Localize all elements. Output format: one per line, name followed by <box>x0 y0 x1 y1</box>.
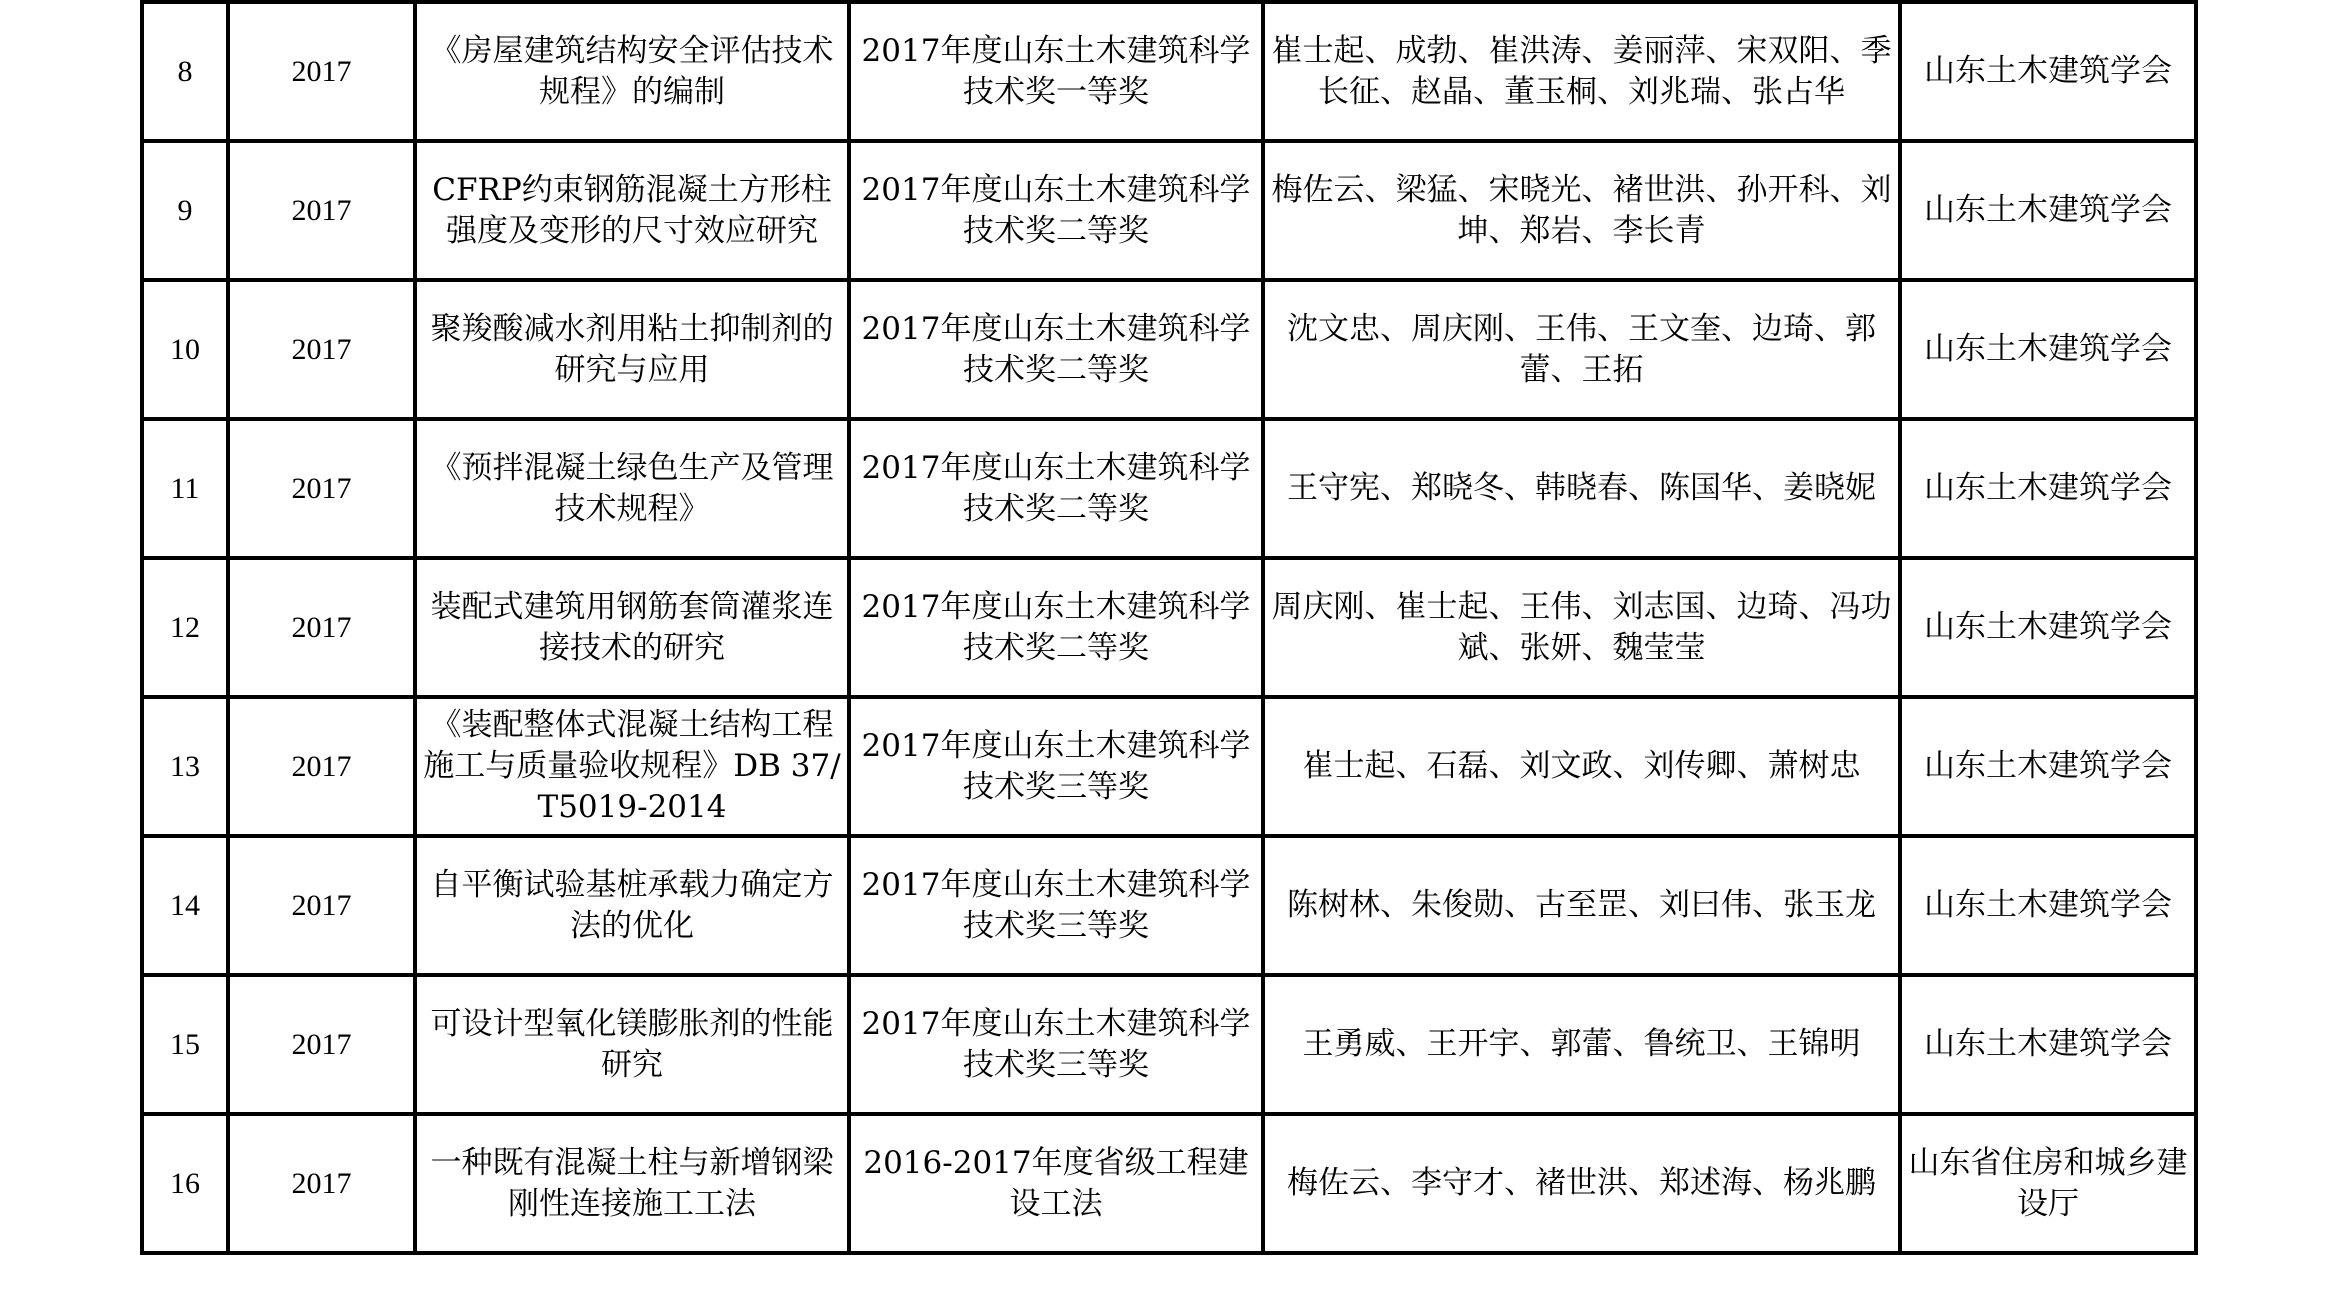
contributors-cell: 陈树林、朱俊勋、古至罡、刘曰伟、张玉龙 <box>1263 836 1900 975</box>
project-cell: 可设计型氧化镁膨胀剂的性能研究 <box>415 975 849 1114</box>
organization-cell: 山东土木建筑学会 <box>1900 975 2196 1114</box>
row-number-cell: 13 <box>142 697 228 836</box>
contributors-cell: 梅佐云、梁猛、宋晓光、褚世洪、孙开科、刘坤、郑岩、李长青 <box>1263 141 1900 280</box>
table-row: 8 2017 《房屋建筑结构安全评估技术规程》的编制 2017年度山东土木建筑科… <box>142 2 2196 141</box>
year-cell: 2017 <box>228 2 415 141</box>
year-cell: 2017 <box>228 836 415 975</box>
project-cell: 《房屋建筑结构安全评估技术规程》的编制 <box>415 2 849 141</box>
table-row: 13 2017 《装配整体式混凝土结构工程施工与质量验收规程》DB 37/T50… <box>142 697 2196 836</box>
row-number-cell: 9 <box>142 141 228 280</box>
row-number-cell: 14 <box>142 836 228 975</box>
organization-cell: 山东土木建筑学会 <box>1900 697 2196 836</box>
table-row: 9 2017 CFRP约束钢筋混凝土方形柱强度及变形的尺寸效应研究 2017年度… <box>142 141 2196 280</box>
row-number-cell: 11 <box>142 419 228 558</box>
year-cell: 2017 <box>228 280 415 419</box>
award-cell: 2017年度山东土木建筑科学技术奖二等奖 <box>849 141 1263 280</box>
award-cell: 2016-2017年度省级工程建设工法 <box>849 1114 1263 1253</box>
table-row: 15 2017 可设计型氧化镁膨胀剂的性能研究 2017年度山东土木建筑科学技术… <box>142 975 2196 1114</box>
project-cell: 一种既有混凝土柱与新增钢梁刚性连接施工工法 <box>415 1114 849 1253</box>
row-number-cell: 16 <box>142 1114 228 1253</box>
year-cell: 2017 <box>228 141 415 280</box>
year-cell: 2017 <box>228 697 415 836</box>
year-cell: 2017 <box>228 975 415 1114</box>
row-number-cell: 8 <box>142 2 228 141</box>
row-number-cell: 10 <box>142 280 228 419</box>
table-row: 14 2017 自平衡试验基桩承载力确定方法的优化 2017年度山东土木建筑科学… <box>142 836 2196 975</box>
row-number-cell: 15 <box>142 975 228 1114</box>
project-cell: 《预拌混凝土绿色生产及管理技术规程》 <box>415 419 849 558</box>
table-row: 16 2017 一种既有混凝土柱与新增钢梁刚性连接施工工法 2016-2017年… <box>142 1114 2196 1253</box>
organization-cell: 山东土木建筑学会 <box>1900 419 2196 558</box>
row-number-cell: 12 <box>142 558 228 697</box>
organization-cell: 山东土木建筑学会 <box>1900 836 2196 975</box>
contributors-cell: 王勇威、王开宇、郭蕾、鲁统卫、王锦明 <box>1263 975 1900 1114</box>
contributors-cell: 周庆刚、崔士起、王伟、刘志国、边琦、冯功斌、张妍、魏莹莹 <box>1263 558 1900 697</box>
award-cell: 2017年度山东土木建筑科学技术奖三等奖 <box>849 836 1263 975</box>
award-cell: 2017年度山东土木建筑科学技术奖三等奖 <box>849 975 1263 1114</box>
project-cell: 聚羧酸减水剂用粘土抑制剂的研究与应用 <box>415 280 849 419</box>
award-cell: 2017年度山东土木建筑科学技术奖三等奖 <box>849 697 1263 836</box>
table-row: 10 2017 聚羧酸减水剂用粘土抑制剂的研究与应用 2017年度山东土木建筑科… <box>142 280 2196 419</box>
organization-cell: 山东省住房和城乡建设厅 <box>1900 1114 2196 1253</box>
organization-cell: 山东土木建筑学会 <box>1900 2 2196 141</box>
project-cell: 装配式建筑用钢筋套筒灌浆连接技术的研究 <box>415 558 849 697</box>
year-cell: 2017 <box>228 419 415 558</box>
award-cell: 2017年度山东土木建筑科学技术奖二等奖 <box>849 419 1263 558</box>
table-row: 11 2017 《预拌混凝土绿色生产及管理技术规程》 2017年度山东土木建筑科… <box>142 419 2196 558</box>
organization-cell: 山东土木建筑学会 <box>1900 558 2196 697</box>
table-row: 12 2017 装配式建筑用钢筋套筒灌浆连接技术的研究 2017年度山东土木建筑… <box>142 558 2196 697</box>
award-cell: 2017年度山东土木建筑科学技术奖二等奖 <box>849 280 1263 419</box>
year-cell: 2017 <box>228 1114 415 1253</box>
contributors-cell: 梅佐云、李守才、褚世洪、郑述海、杨兆鹏 <box>1263 1114 1900 1253</box>
award-cell: 2017年度山东土木建筑科学技术奖一等奖 <box>849 2 1263 141</box>
organization-cell: 山东土木建筑学会 <box>1900 280 2196 419</box>
project-cell: CFRP约束钢筋混凝土方形柱强度及变形的尺寸效应研究 <box>415 141 849 280</box>
award-cell: 2017年度山东土木建筑科学技术奖二等奖 <box>849 558 1263 697</box>
contributors-cell: 崔士起、石磊、刘文政、刘传卿、萧树忠 <box>1263 697 1900 836</box>
contributors-cell: 王守宪、郑晓冬、韩晓春、陈国华、姜晓妮 <box>1263 419 1900 558</box>
year-cell: 2017 <box>228 558 415 697</box>
organization-cell: 山东土木建筑学会 <box>1900 141 2196 280</box>
project-cell: 《装配整体式混凝土结构工程施工与质量验收规程》DB 37/T5019-2014 <box>415 697 849 836</box>
project-cell: 自平衡试验基桩承载力确定方法的优化 <box>415 836 849 975</box>
awards-table: 8 2017 《房屋建筑结构安全评估技术规程》的编制 2017年度山东土木建筑科… <box>140 0 2198 1255</box>
contributors-cell: 沈文忠、周庆刚、王伟、王文奎、边琦、郭蕾、王拓 <box>1263 280 1900 419</box>
contributors-cell: 崔士起、成勃、崔洪涛、姜丽萍、宋双阳、季长征、赵晶、董玉桐、刘兆瑞、张占华 <box>1263 2 1900 141</box>
